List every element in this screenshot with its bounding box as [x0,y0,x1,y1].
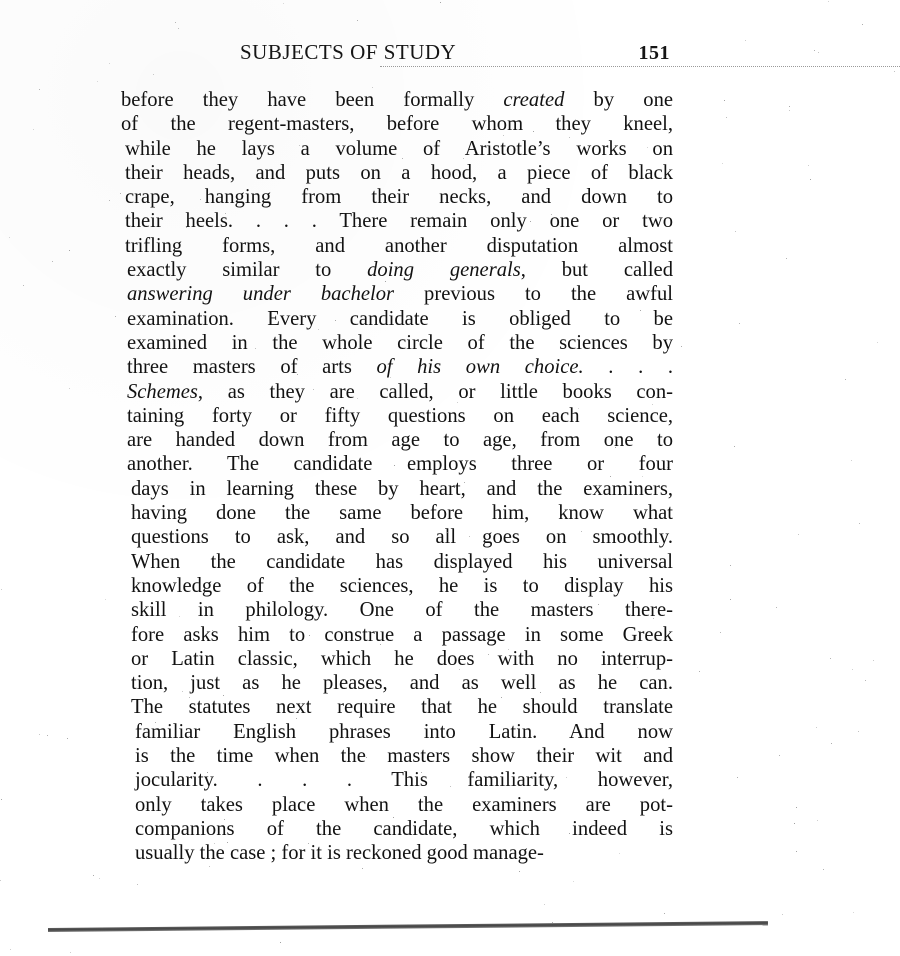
text-run: while he lays a volume of Aristotle’s wo… [125,138,673,160]
text-run: , as they are called, or little books co… [198,381,673,403]
text-run: only takes place when the examiners are … [135,794,673,816]
text-line: familiar English phrases into Latin. And… [121,720,673,744]
text-run: examination. Every candidate is obliged … [127,308,673,330]
text-line: their heads, and puts on a hood, a piece… [121,161,673,185]
text-line: fore asks him to construe a passage in s… [121,623,673,647]
text-line: three masters of arts of his own choice.… [121,355,673,379]
text-line: jocularity. . . . This familiarity, howe… [121,768,673,792]
text-run: previous to the awful [394,283,673,305]
text-run: jocularity. . . . This familiarity, howe… [135,769,673,791]
text-line: When the candidate has displayed his uni… [121,550,673,574]
text-line: of the regent-masters, before whom they … [121,112,673,136]
text-run: familiar English phrases into Latin. And… [135,721,673,743]
text-run: . . . [584,356,673,378]
text-line: usually the case ; for it is reckoned go… [121,841,673,865]
text-line: only takes place when the examiners are … [121,793,673,817]
text-run: another. The candidate employs three or … [127,453,673,475]
scanned-book-page: SUBJECTS OF STUDY 151 before they have b… [0,0,900,956]
text-run: The statutes next require that he should… [131,696,673,718]
text-line: companions of the candidate, which indee… [121,817,673,841]
chapter-title: SUBJECTS OF STUDY [240,40,456,65]
text-run: of the regent-masters, before whom they … [121,113,673,135]
text-line: examined in the whole circle of the scie… [121,331,673,355]
italic-phrase: created [503,89,564,111]
text-line: answering under bachelor previous to the… [121,282,673,306]
text-run: examined in the whole circle of the scie… [127,332,673,354]
text-run: their heads, and puts on a hood, a piece… [125,162,673,184]
italic-phrase: doing generals [367,259,521,281]
text-run: before they have been formally [121,89,503,111]
text-run: are handed down from age to age, from on… [127,429,673,451]
text-line: questions to ask, and so all goes on smo… [121,525,673,549]
text-run: usually the case ; for it is reckoned go… [135,842,544,864]
text-line: Schemes, as they are called, or little b… [121,380,673,404]
italic-phrase: Schemes [127,381,198,403]
text-line: taining forty or fifty questions on each… [121,404,673,428]
text-run: three masters of arts [127,356,376,378]
text-run: skill in philology. One of the masters t… [131,599,673,621]
italic-phrase: answering under bachelor [127,283,394,305]
text-line: while he lays a volume of Aristotle’s wo… [121,137,673,161]
text-line: having done the same before him, know wh… [121,501,673,525]
text-line: or Latin classic, which he does with no … [121,647,673,671]
text-run: their heels. . . . There remain only one… [125,210,673,232]
text-run: by one [564,89,673,111]
text-run: trifling forms, and another disputation … [125,235,673,257]
italic-phrase: of his own choice. [376,356,583,378]
text-line: their heels. . . . There remain only one… [121,209,673,233]
text-run: or Latin classic, which he does with no … [131,648,673,670]
page-edge-rule [48,921,768,932]
text-line: another. The candidate employs three or … [121,452,673,476]
text-line: is the time when the masters show their … [121,744,673,768]
text-run: companions of the candidate, which indee… [135,818,673,840]
text-line: The statutes next require that he should… [121,695,673,719]
text-run: days in learning these by heart, and the… [131,478,673,500]
text-line: examination. Every candidate is obliged … [121,307,673,331]
text-run: having done the same before him, know wh… [131,502,673,524]
text-run: is the time when the masters show their … [135,745,673,767]
text-run: exactly similar to [127,259,367,281]
text-run: knowledge of the sciences, he is to disp… [131,575,673,597]
text-run: fore asks him to construe a passage in s… [131,624,673,646]
text-line: crape, hanging from their necks, and dow… [121,185,673,209]
text-run: crape, hanging from their necks, and dow… [125,186,673,208]
text-run: taining forty or fifty questions on each… [127,405,673,427]
text-line: knowledge of the sciences, he is to disp… [121,574,673,598]
scan-noise-line [380,66,900,67]
text-run: questions to ask, and so all goes on smo… [131,526,673,548]
body-paragraph: before they have been formally created b… [121,88,673,866]
page-number: 151 [639,42,671,65]
text-line: are handed down from age to age, from on… [121,428,673,452]
text-run: When the candidate has displayed his uni… [131,551,673,573]
text-line: before they have been formally created b… [121,88,673,112]
text-run: tion, just as he pleases, and as well as… [131,672,673,694]
text-line: skill in philology. One of the masters t… [121,598,673,622]
text-line: tion, just as he pleases, and as well as… [121,671,673,695]
text-line: days in learning these by heart, and the… [121,477,673,501]
text-line: trifling forms, and another disputation … [121,234,673,258]
text-run: , but called [521,259,673,281]
text-line: exactly similar to doing generals, but c… [121,258,673,282]
